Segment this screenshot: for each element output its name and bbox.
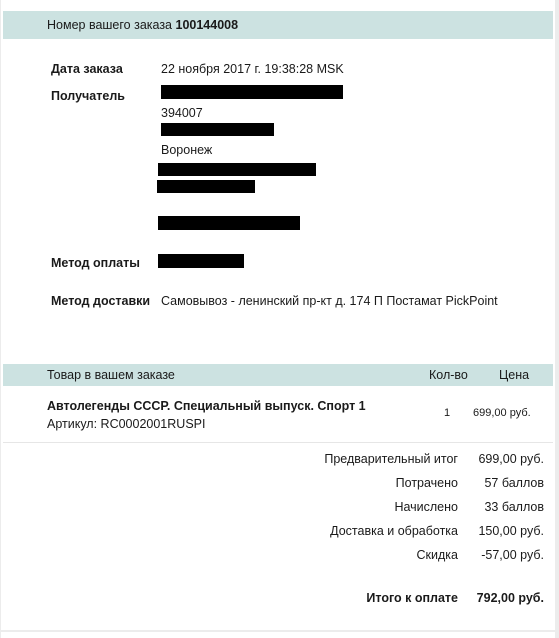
totals-label: Потрачено <box>396 476 458 490</box>
totals-label: Предварительный итог <box>324 452 458 466</box>
totals-label: Скидка <box>417 548 458 562</box>
item-price: 699,00 руб. <box>473 407 531 419</box>
totals-block: Предварительный итог 699,00 руб. Потраче… <box>280 452 544 572</box>
totals-value: 150,00 руб. <box>478 524 544 538</box>
order-date-value: 22 ноября 2017 г. 19:38:28 MSK <box>161 62 344 76</box>
item-name: Автолегенды СССР. Специальный выпуск. Сп… <box>47 399 366 413</box>
redacted-recipient-phone <box>158 216 300 230</box>
column-header-qty: Кол-во <box>429 368 468 382</box>
totals-value: 699,00 руб. <box>478 452 544 466</box>
items-divider <box>3 442 553 443</box>
totals-row-subtotal: Предварительный итог 699,00 руб. <box>280 452 544 476</box>
totals-row-shipping: Доставка и обработка 150,00 руб. <box>280 524 544 548</box>
scrollbar-track[interactable] <box>555 0 559 638</box>
totals-value: 57 баллов <box>484 476 544 490</box>
items-table-header: Товар в вашем заказе Кол-во Цена <box>3 364 553 386</box>
column-header-price: Цена <box>499 368 529 382</box>
order-date-label: Дата заказа <box>51 62 123 76</box>
item-qty: 1 <box>444 407 450 419</box>
recipient-label: Получатель <box>51 89 125 103</box>
delivery-method-value: Самовывоз - ленинский пр-кт д. 174 П Пос… <box>161 294 498 308</box>
payment-method-label: Метод оплаты <box>51 256 140 270</box>
grand-total-label: Итого к оплате <box>366 591 458 605</box>
redacted-payment-method <box>158 254 244 268</box>
order-number-header: Номер вашего заказа 100144008 <box>3 11 553 39</box>
column-header-product: Товар в вашем заказе <box>47 368 175 382</box>
totals-label: Доставка и обработка <box>330 524 458 538</box>
recipient-zip: 394007 <box>161 106 203 120</box>
redacted-recipient-region <box>158 163 316 176</box>
delivery-method-label: Метод доставки <box>51 294 150 308</box>
redacted-recipient-name <box>161 85 343 99</box>
recipient-city: Воронеж <box>161 143 212 157</box>
redacted-recipient-street <box>161 123 274 136</box>
grand-total-row: Итого к оплате 792,00 руб. <box>280 591 544 607</box>
bottom-divider <box>0 630 555 632</box>
totals-row-earned-points: Начислено 33 баллов <box>280 500 544 524</box>
totals-label: Начислено <box>394 500 458 514</box>
redacted-recipient-country <box>157 180 255 193</box>
order-number-value: 100144008 <box>176 18 239 32</box>
order-number-label: Номер вашего заказа <box>47 18 172 32</box>
order-number-text: Номер вашего заказа 100144008 <box>47 18 238 32</box>
grand-total-value: 792,00 руб. <box>477 591 544 605</box>
totals-value: -57,00 руб. <box>481 548 544 562</box>
item-sku: Артикул: RC0002001RUSPI <box>47 417 205 431</box>
totals-value: 33 баллов <box>484 500 544 514</box>
totals-row-discount: Скидка -57,00 руб. <box>280 548 544 572</box>
totals-row-spent-points: Потрачено 57 баллов <box>280 476 544 500</box>
